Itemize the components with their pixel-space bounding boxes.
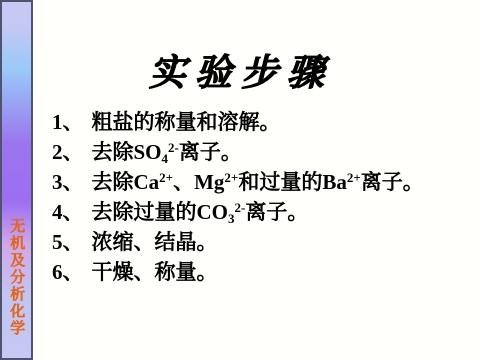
step-text: 干燥、称量。	[92, 260, 218, 284]
step-item: 3、去除Ca2+、Mg2+和过量的Ba2+离子。	[52, 167, 424, 197]
step-text: 、Mg	[173, 170, 224, 194]
step-number: 3、	[52, 167, 84, 197]
formula-sup: 2+	[224, 170, 238, 185]
step-item: 1、粗盐的称量和溶解。	[52, 107, 424, 137]
step-number: 4、	[52, 197, 84, 227]
step-number: 1、	[52, 107, 84, 137]
step-text: 浓缩、结晶。	[92, 230, 218, 254]
step-number: 5、	[52, 227, 84, 257]
step-text: 离子。	[179, 140, 242, 164]
step-item: 5、浓缩、结晶。	[52, 227, 424, 257]
step-text: 去除Ca	[92, 170, 160, 194]
formula-sup: 2-	[235, 200, 246, 215]
step-text: 去除SO	[92, 140, 162, 164]
step-item: 4、去除过量的CO32-离子。	[52, 197, 424, 227]
formula-sup: 2+	[347, 170, 361, 185]
step-text: 粗盐的称量和溶解。	[92, 110, 281, 134]
step-number: 2、	[52, 137, 84, 167]
step-text: 去除过量的CO	[92, 200, 229, 224]
slide-content: 实验步骤 1、粗盐的称量和溶解。2、去除SO42-离子。3、去除Ca2+、Mg2…	[33, 0, 480, 360]
sidebar-course-label: 无机及分析化学	[6, 218, 27, 337]
slide-title: 实验步骤	[17, 42, 464, 96]
formula-sup: 2+	[159, 170, 173, 185]
step-number: 6、	[52, 257, 84, 287]
step-text: 离子。	[361, 170, 424, 194]
step-text: 和过量的Ba	[238, 170, 347, 194]
step-item: 6、干燥、称量。	[52, 257, 424, 287]
step-item: 2、去除SO42-离子。	[52, 137, 424, 167]
formula-sup: 2-	[168, 140, 179, 155]
slide: 无机及分析化学 实验步骤 1、粗盐的称量和溶解。2、去除SO42-离子。3、去除…	[0, 0, 480, 360]
step-text: 离子。	[245, 200, 308, 224]
steps-list: 1、粗盐的称量和溶解。2、去除SO42-离子。3、去除Ca2+、Mg2+和过量的…	[52, 107, 424, 287]
